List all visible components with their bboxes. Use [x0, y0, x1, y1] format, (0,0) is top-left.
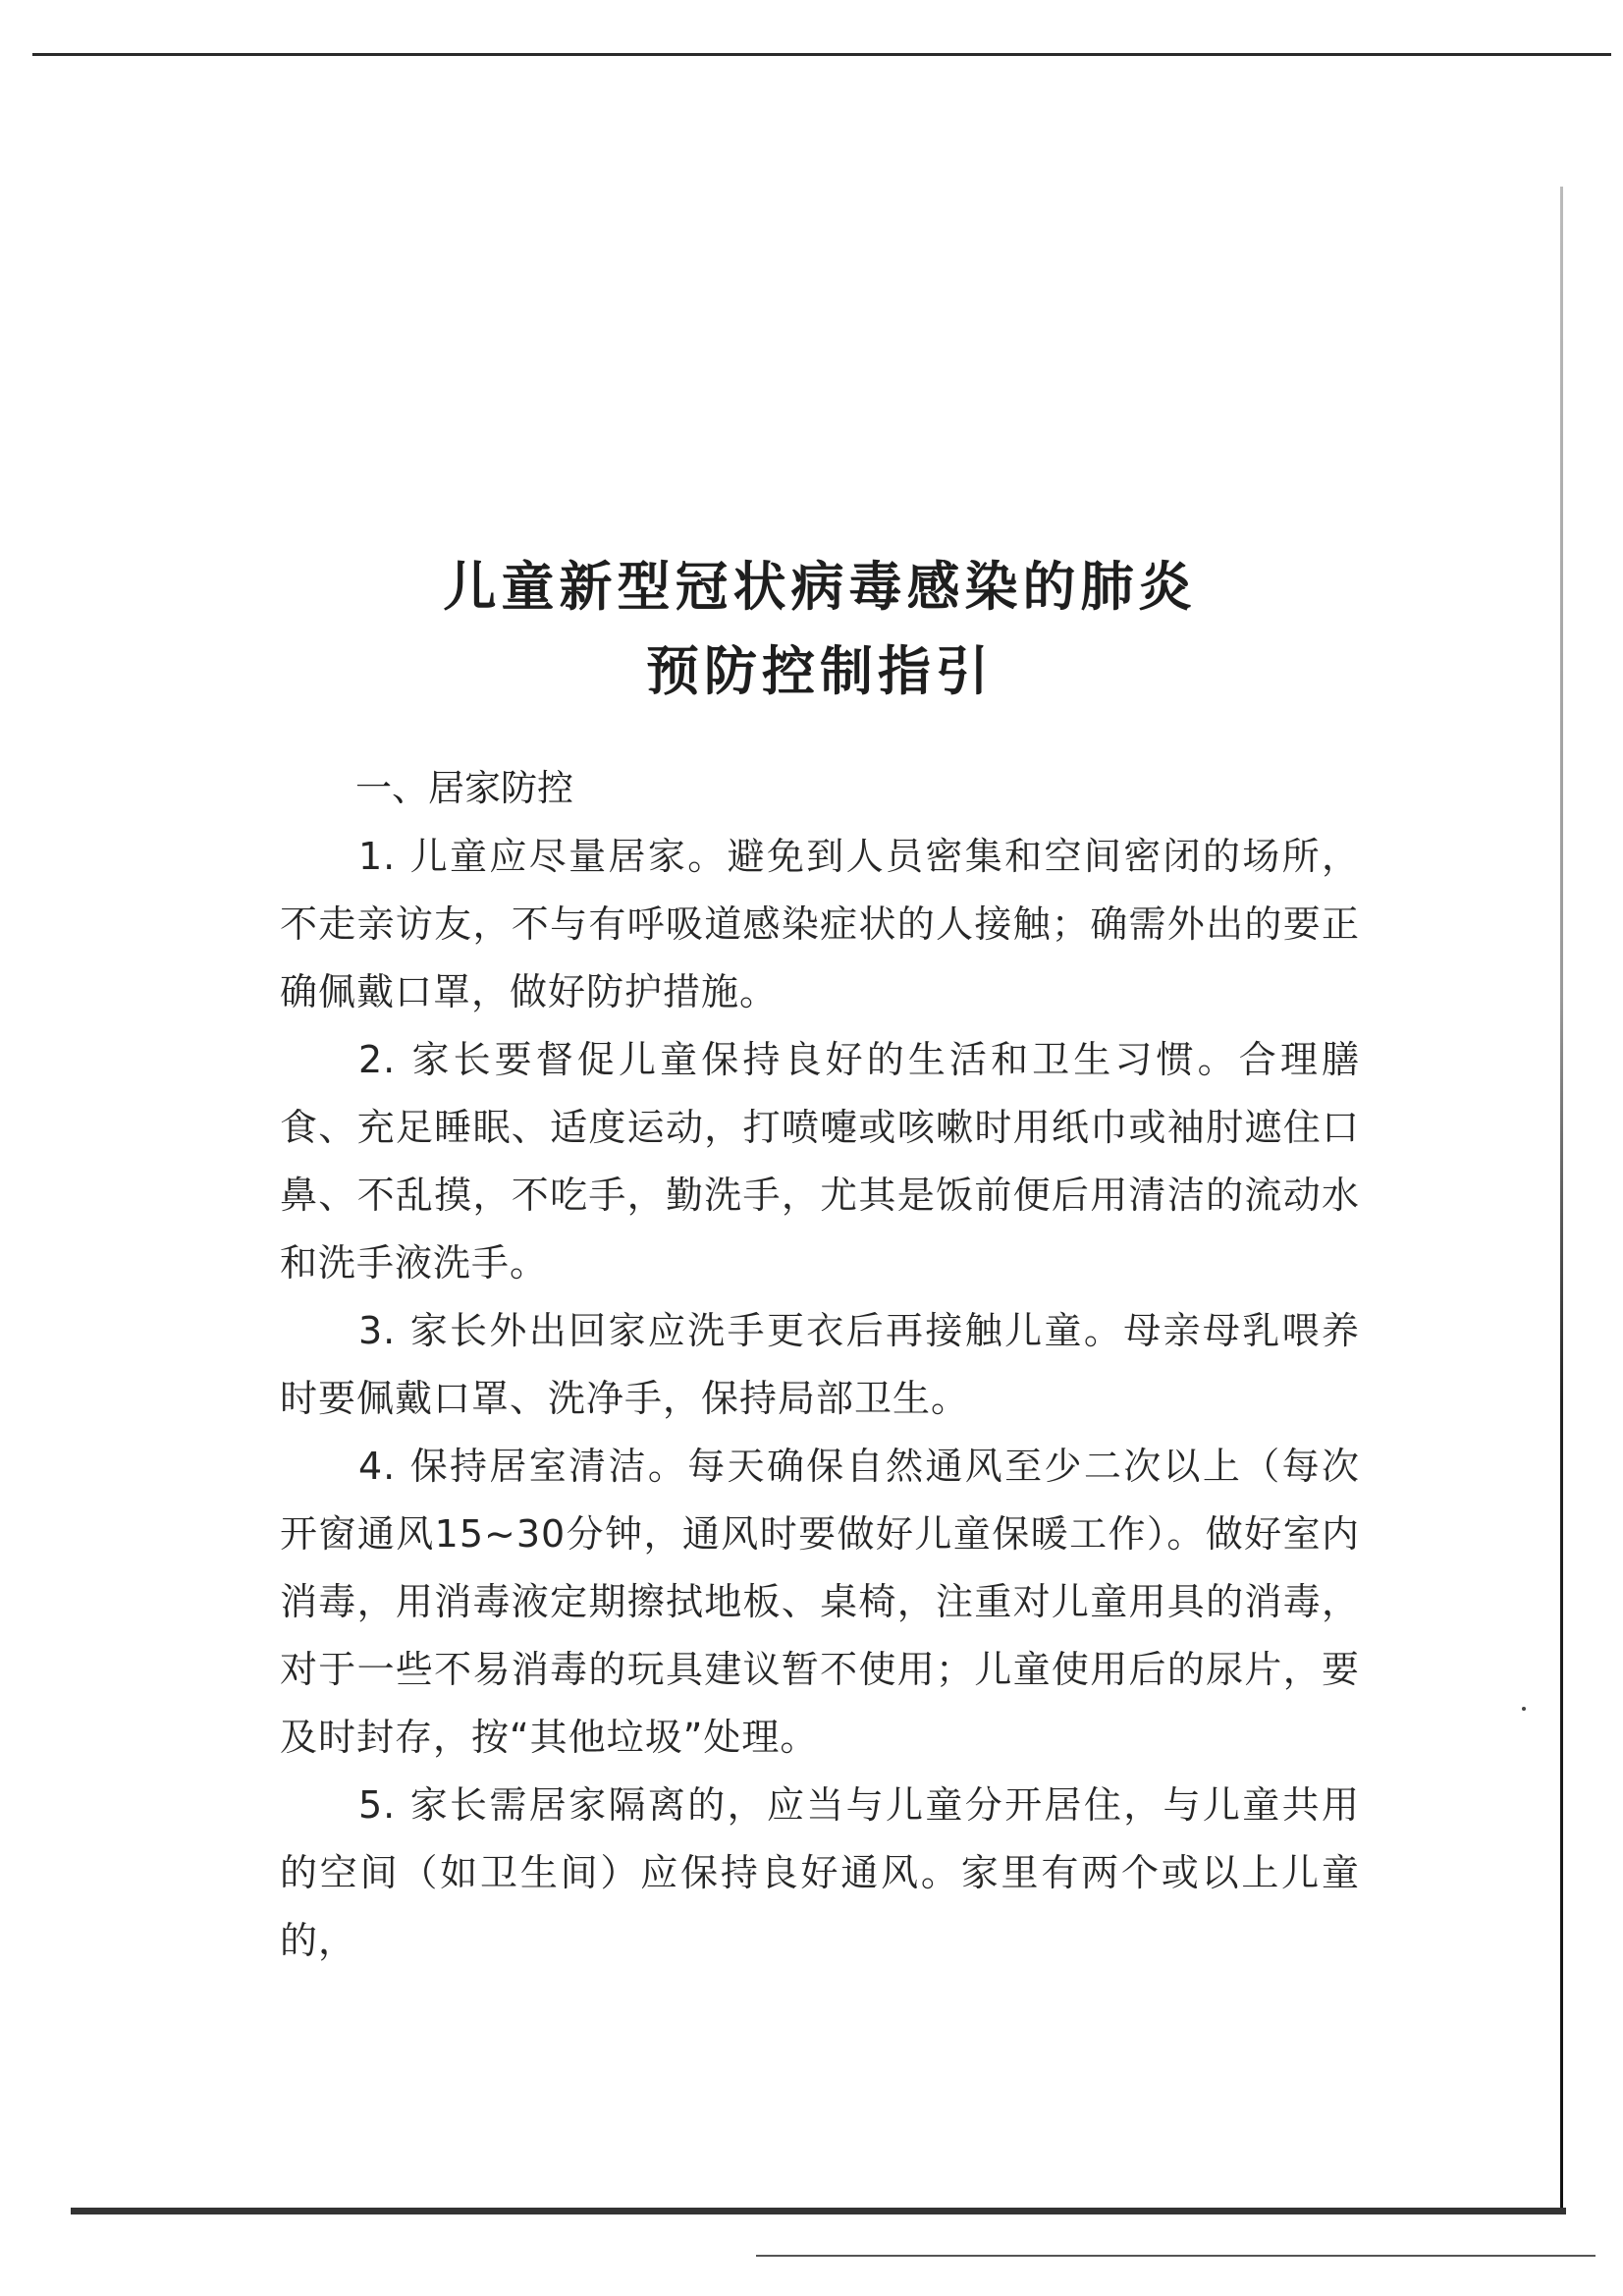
bottom-border-rule [71, 2208, 1566, 2214]
paragraph-1: 1. 儿童应尽量居家。避免到人员密集和空间密闭的场所，不走亲访友，不与有呼吸道感… [280, 823, 1360, 1026]
bottom-thin-rule [756, 2255, 1596, 2257]
paragraph-3: 3. 家长外出回家应洗手更衣后再接触儿童。母亲母乳喂养时要佩戴口罩、洗净手，保持… [280, 1297, 1360, 1433]
paragraph-5: 5. 家长需居家隔离的，应当与儿童分开居住，与儿童共用的空间（如卫生间）应保持良… [280, 1772, 1360, 1975]
document-body: 1. 儿童应尽量居家。避免到人员密集和空间密闭的场所，不走亲访友，不与有呼吸道感… [280, 823, 1360, 1975]
paragraph-2: 2. 家长要督促儿童保持良好的生活和卫生习惯。合理膳食、充足睡眠、适度运动，打喷… [280, 1026, 1360, 1297]
paragraph-4: 4. 保持居室清洁。每天确保自然通风至少二次以上（每次开窗通风15~30分钟，通… [280, 1433, 1360, 1772]
section-heading: 一、居家防控 [355, 766, 573, 811]
document-title-line-1: 儿童新型冠状病毒感染的肺炎 [0, 544, 1623, 629]
document-title-line-2: 预防控制指引 [0, 629, 1623, 713]
right-border-rule [1560, 187, 1563, 2212]
scan-speck [1522, 1707, 1526, 1711]
top-border-rule [32, 53, 1611, 56]
